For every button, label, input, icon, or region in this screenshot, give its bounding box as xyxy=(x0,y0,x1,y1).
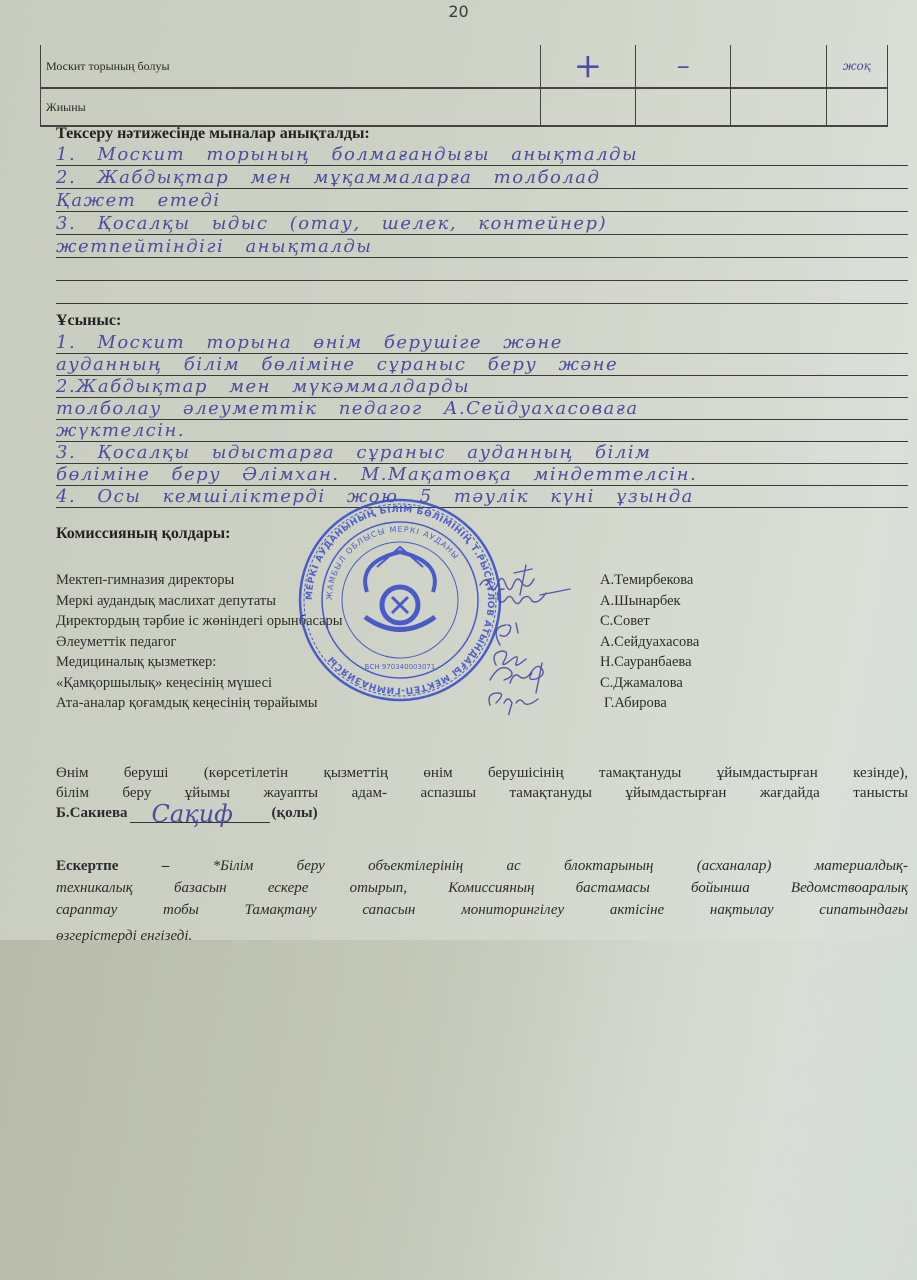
recommendation-line: 1. Москит торына өнім берушіге және xyxy=(56,332,908,354)
finding-line: жетпейтіндігі анықталды xyxy=(56,235,908,258)
ack-signature-line: Б.Сакиева Сақиф (қолы) xyxy=(56,803,908,823)
member-names: А.Темирбекова А.Шынарбек С.Совет А.Сейду… xyxy=(600,570,699,714)
note-label: Ескертпе xyxy=(56,858,118,874)
recommendation-line: жүктелсін. xyxy=(56,420,908,442)
recommendation-line: ауданның білім бөліміне сұраныс беру жән… xyxy=(56,354,908,376)
finding-line: 3. Қосалқы ыдыс (отау, шелек, контейнер) xyxy=(56,212,908,235)
note-line-4: өзгерістерді енгізеді. xyxy=(56,925,908,947)
acknowledgement: Өнім беруші (көрсетілетін қызметтің өнім… xyxy=(56,763,908,823)
signatures-heading: Комиссияның қолдары: xyxy=(56,525,230,543)
finding-line: Қажет етеді xyxy=(56,189,908,212)
row-label: Москит торының болуы xyxy=(41,45,541,88)
stamp-bin: БСН 970340003071 xyxy=(365,663,436,671)
findings-lines: 1. Москит торының болмағандығы анықталды… xyxy=(56,143,908,304)
official-stamp: МЕРКІ АУДАНЫНЫҢ БІЛІМ БӨЛІМІНІҢ Т.РЫСҚҰЛ… xyxy=(297,497,503,703)
recommendations-heading: Ұсыныс: xyxy=(56,312,121,330)
finding-line xyxy=(56,281,908,304)
member-name: А.Темирбекова xyxy=(600,570,699,591)
finding-line: 1. Москит торының болмағандығы анықталды xyxy=(56,143,908,166)
row-label: Жиыны xyxy=(41,88,541,126)
table-row: Москит торының болуы + – жоқ xyxy=(41,45,888,88)
ack-name: Б.Сакиева xyxy=(56,803,128,823)
handwritten-signature: Сақиф xyxy=(152,804,233,824)
member-name: Г.Абирова xyxy=(600,693,699,714)
page-number: 20 xyxy=(0,2,917,21)
recommendation-line: толболау әлеуметтік педагог А.Сейдуахасо… xyxy=(56,398,908,420)
signature-blank: Сақиф xyxy=(130,804,270,823)
cell-yes: + xyxy=(540,45,635,88)
note-line-1: Ескертпе – *Білім беру объектілерінің ас… xyxy=(56,855,908,877)
cell-empty xyxy=(731,45,826,88)
cell xyxy=(826,88,887,126)
note: Ескертпе – *Білім беру объектілерінің ас… xyxy=(56,855,908,947)
member-name: А.Шынарбек xyxy=(600,591,699,612)
member-name: С.Совет xyxy=(600,611,699,632)
cell-note: жоқ xyxy=(826,45,887,88)
cell xyxy=(540,88,635,126)
findings-heading: Тексеру нәтижесінде мыналар анықталды: xyxy=(56,125,370,143)
cell-no: – xyxy=(636,45,731,88)
recommendation-line: 2.Жабдықтар мен мүкәммалдарды xyxy=(56,376,908,398)
cell xyxy=(636,88,731,126)
paper-shadow xyxy=(0,940,917,1280)
recommendation-line: бөліміне беру Әлімхан. М.Мақатовқа мінде… xyxy=(56,464,908,486)
recommendations-lines: 1. Москит торына өнім берушіге және ауда… xyxy=(56,332,908,508)
member-name: А.Сейдуахасова xyxy=(600,632,699,653)
ack-line-1: Өнім беруші (көрсетілетін қызметтің өнім… xyxy=(56,763,908,783)
finding-line xyxy=(56,258,908,281)
recommendation-line: 3. Қосалқы ыдыстарға сұраныс ауданның бі… xyxy=(56,442,908,464)
inspection-table: Москит торының болуы + – жоқ Жиыны xyxy=(40,45,888,127)
cell xyxy=(731,88,826,126)
note-line-3: сараптау тобы Тамақтану сапасын монитори… xyxy=(56,899,908,921)
finding-line: 2. Жабдықтар мен мұқаммаларға толболад xyxy=(56,166,908,189)
table-row: Жиыны xyxy=(41,88,888,126)
member-name: Н.Сауранбаева xyxy=(600,652,699,673)
sign-label: (қолы) xyxy=(272,803,318,823)
note-line-2: техникалық базасын ескере отырып, Комисс… xyxy=(56,877,908,899)
member-name: С.Джамалова xyxy=(600,673,699,694)
